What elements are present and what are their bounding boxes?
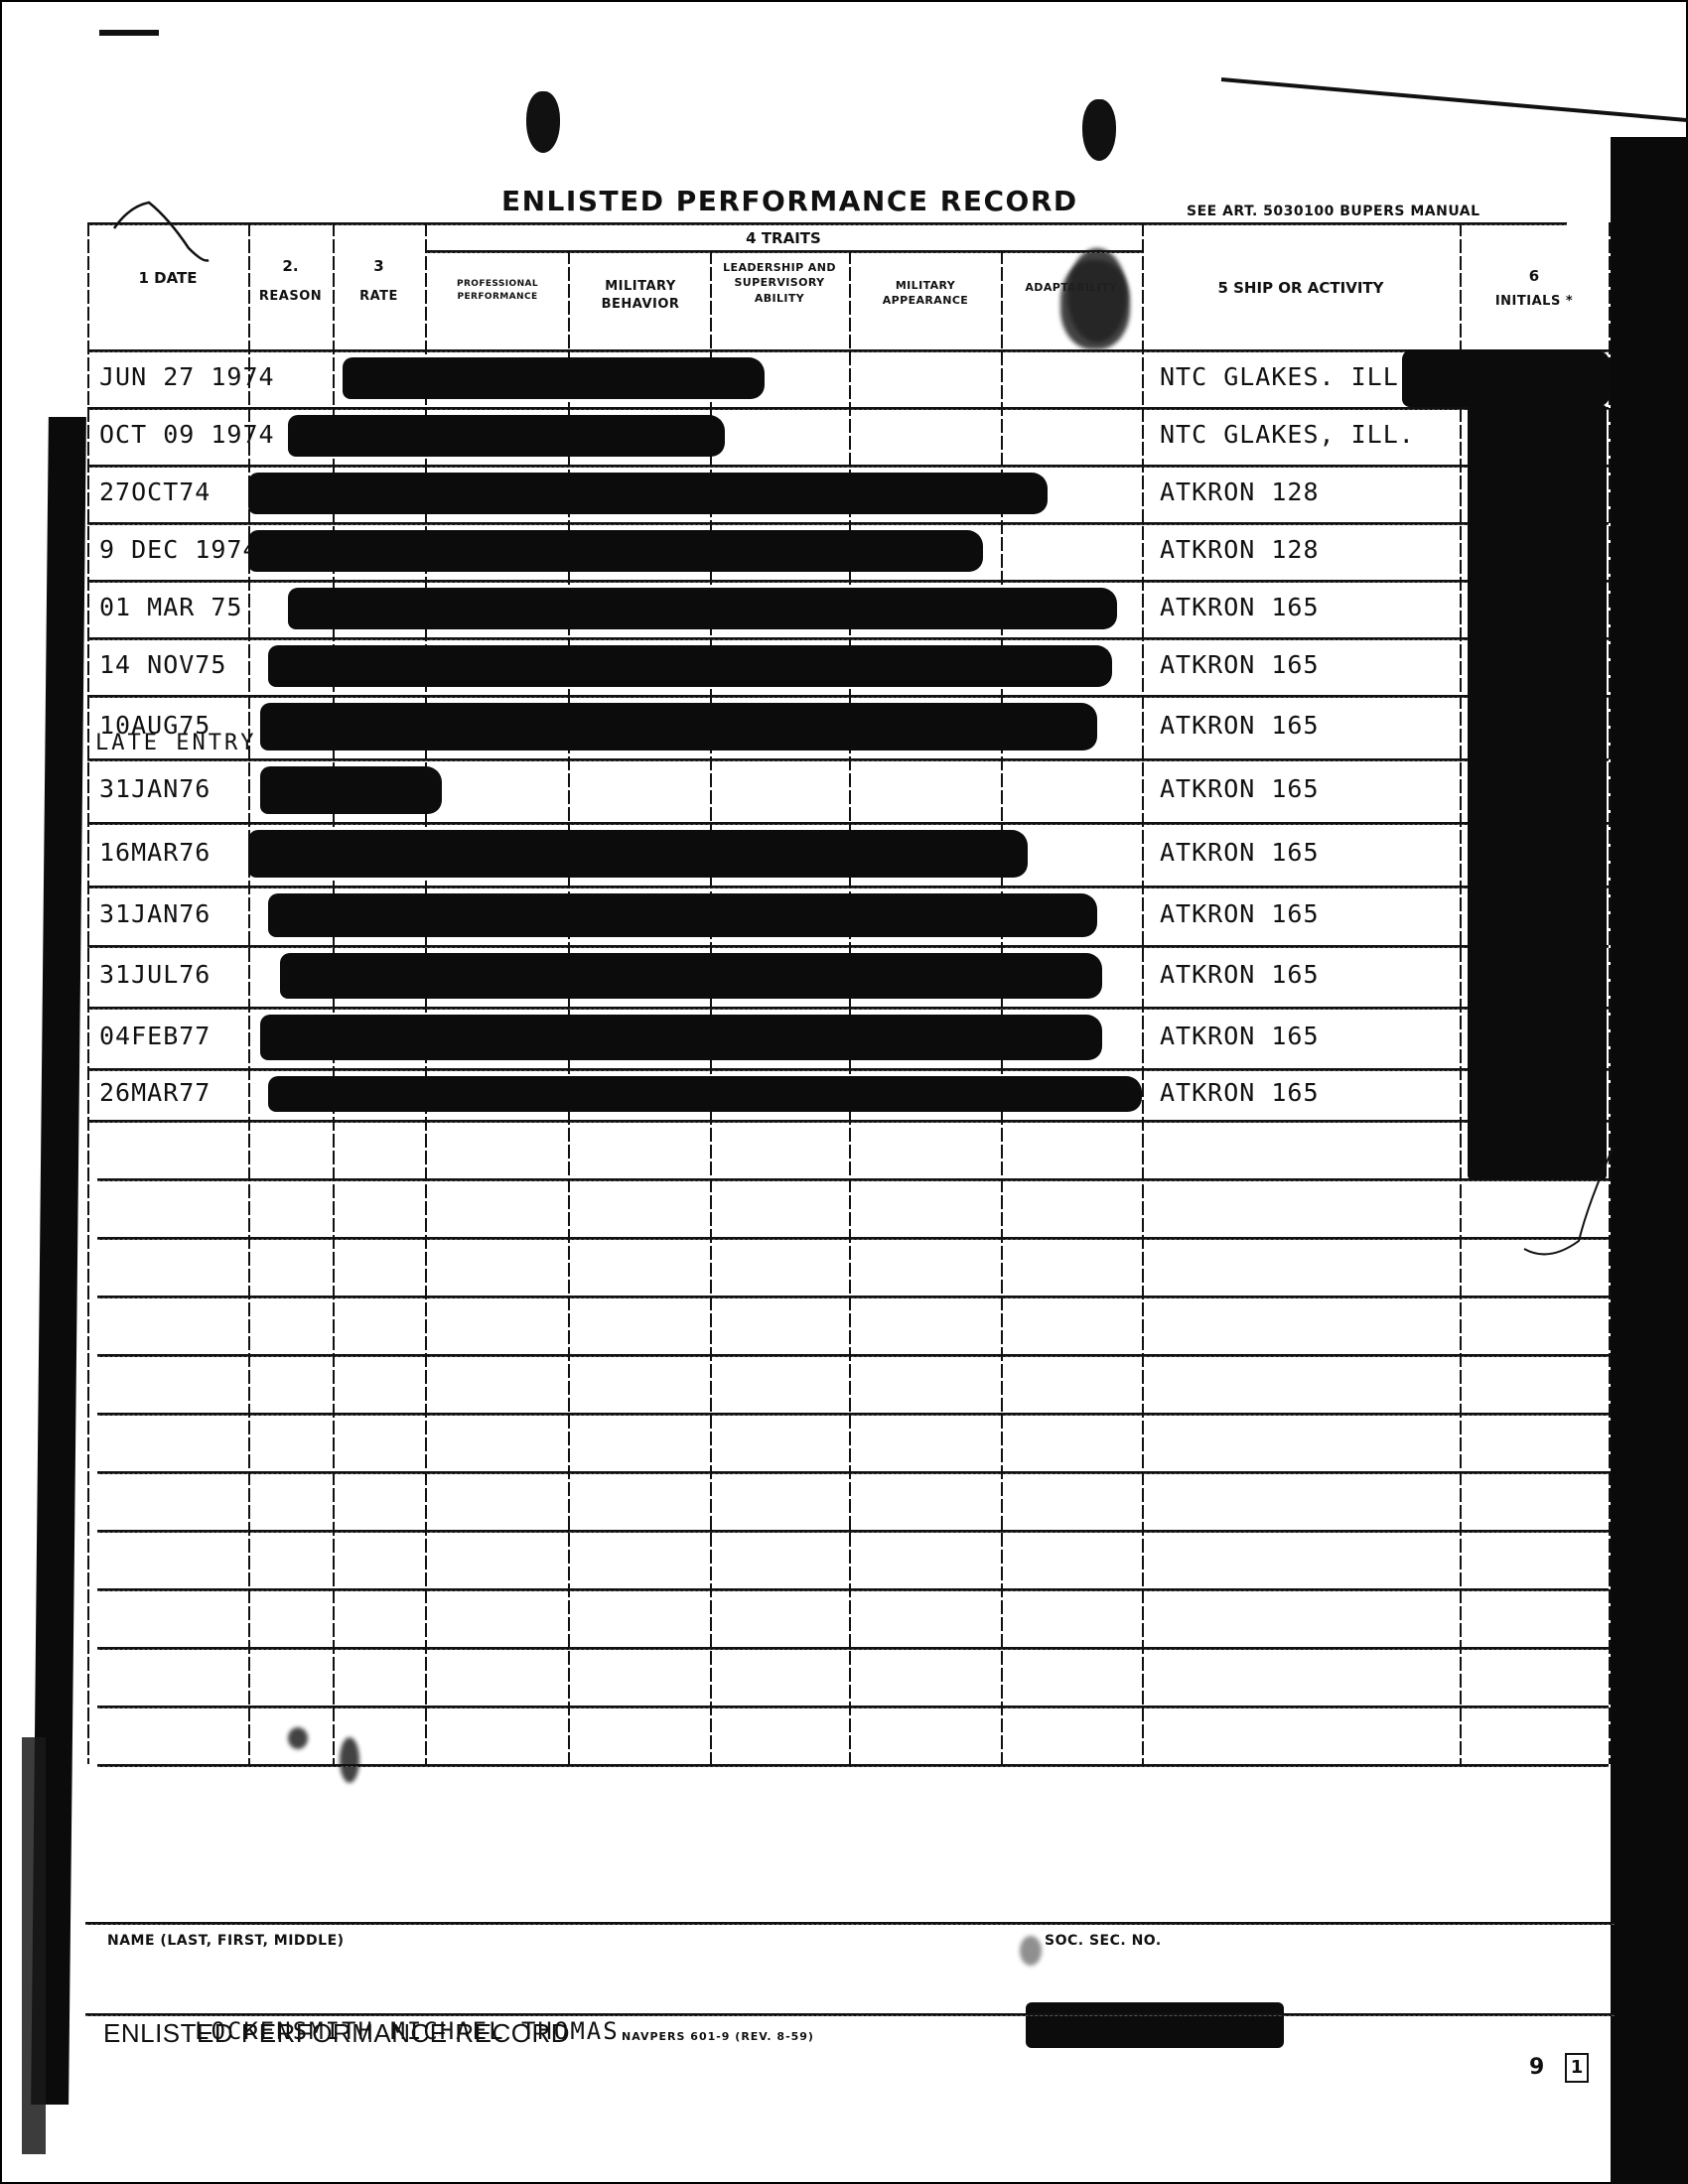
- page-number: 9: [1529, 2055, 1544, 2080]
- scan-shadow-left: [22, 1737, 46, 2154]
- header-initials: INITIALS *: [1460, 293, 1609, 311]
- redaction-bar: [248, 473, 1048, 514]
- row-divider: [87, 945, 1609, 948]
- redaction-bar: [288, 588, 1117, 629]
- redaction-bar: [280, 953, 1102, 999]
- redaction-initials: [1402, 349, 1611, 407]
- entry-ship-or-activity: ATKRON 165: [1160, 650, 1320, 679]
- redaction-bar: [268, 645, 1112, 687]
- entry-date: 9 DEC 1974: [99, 535, 259, 564]
- column-divider: [1460, 222, 1462, 1764]
- name-label: NAME (LAST, FIRST, MIDDLE): [107, 1933, 345, 1949]
- page-box: 1: [1565, 2053, 1589, 2083]
- entry-ship-or-activity: ATKRON 165: [1160, 593, 1320, 621]
- entry-ship-or-activity: ATKRON 165: [1160, 774, 1320, 803]
- row-divider: [97, 1706, 1609, 1708]
- redaction-bar: [268, 893, 1097, 937]
- entry-date: 14 NOV75: [99, 650, 226, 679]
- header-rate-num: 3: [333, 256, 425, 277]
- row-divider: [97, 1530, 1609, 1533]
- header-rate: RATE: [333, 288, 425, 306]
- row-divider: [87, 1068, 1609, 1071]
- punch-hole: [526, 91, 560, 153]
- row-divider: [425, 250, 1142, 253]
- row-divider: [87, 1007, 1609, 1010]
- footer-form-title: ENLISTED PERFORMANCE RECORD: [103, 2018, 570, 2049]
- entry-ship-or-activity: ATKRON 165: [1160, 1022, 1320, 1050]
- header-ship-or-activity: 5 SHIP OR ACTIVITY: [1142, 278, 1460, 299]
- entry-date: 31JUL76: [99, 960, 211, 989]
- row-divider: [97, 1413, 1609, 1416]
- header-reason-num: 2.: [248, 256, 333, 277]
- row-divider: [97, 1296, 1609, 1298]
- redaction-bar: [288, 415, 725, 457]
- ink-blot: [288, 1727, 308, 1749]
- entry-ship-or-activity: ATKRON 128: [1160, 535, 1320, 564]
- entry-ship-or-activity: ATKRON 128: [1160, 478, 1320, 506]
- row-divider: [87, 522, 1609, 525]
- header-military-appearance: MILITARY APPEARANCE: [856, 278, 995, 309]
- column-divider: [248, 222, 250, 1764]
- redaction-bar: [260, 1015, 1102, 1060]
- entry-date: 01 MAR 75: [99, 593, 242, 621]
- entry-date: JUN 27 1974: [99, 362, 275, 391]
- entry-date: 26MAR77: [99, 1078, 211, 1107]
- header-professional-performance: PROFESSIONAL PERFORMANCE: [433, 278, 562, 303]
- header-leadership: LEADERSHIP AND SUPERVISORY ABILITY: [715, 260, 844, 306]
- row-divider: [97, 1647, 1609, 1650]
- header-reason: REASON: [248, 288, 333, 306]
- entry-ship-or-activity: NTC GLAKES, ILL.: [1160, 420, 1415, 449]
- entry-ship-or-activity: ATKRON 165: [1160, 960, 1320, 989]
- redaction-bar: [343, 357, 765, 399]
- row-divider: [87, 222, 1567, 225]
- row-divider: [87, 407, 1609, 410]
- redaction-bar: [248, 830, 1028, 878]
- divider: [85, 1922, 1615, 1925]
- redaction-bar: [260, 703, 1097, 751]
- redaction-bar: [260, 766, 442, 814]
- row-divider: [87, 637, 1609, 640]
- divider: [85, 2013, 1615, 2016]
- entry-ship-or-activity: ATKRON 165: [1160, 899, 1320, 928]
- row-divider: [97, 1178, 1609, 1181]
- header-traits-group: 4 TRAITS: [425, 228, 1142, 249]
- scan-shadow-right: [1611, 137, 1688, 2184]
- entry-date: 31JAN76: [99, 774, 211, 803]
- column-divider: [87, 222, 89, 1764]
- entry-ship-or-activity: ATKRON 165: [1160, 711, 1320, 740]
- entry-date: 27OCT74: [99, 478, 211, 506]
- row-divider: [87, 465, 1609, 468]
- redaction-initials: [1468, 405, 1607, 1179]
- entry-date: 04FEB77: [99, 1022, 211, 1050]
- header-military-behavior: MILITARY BEHAVIOR: [576, 278, 705, 314]
- row-divider: [87, 695, 1609, 698]
- row-divider: [97, 1237, 1609, 1240]
- form-title: ENLISTED PERFORMANCE RECORD: [501, 185, 1078, 217]
- entry-date: 16MAR76: [99, 838, 211, 867]
- redaction-ssn: [1026, 2002, 1284, 2048]
- footer-form-number: NAVPERS 601-9 (REV. 8-59): [622, 2030, 814, 2043]
- ssn-label: SOC. SEC. NO.: [1045, 1933, 1162, 1949]
- row-divider: [87, 822, 1609, 825]
- ink-blot: [340, 1737, 359, 1783]
- column-divider: [1142, 222, 1144, 1764]
- row-divider: [87, 758, 1609, 761]
- entry-date: 31JAN76: [99, 899, 211, 928]
- form-reference: SEE ART. 5030100 BUPERS MANUAL: [1187, 204, 1480, 219]
- redaction-bar: [268, 1076, 1142, 1112]
- row-divider: [97, 1588, 1609, 1591]
- pen-mark: [1440, 1142, 1618, 1271]
- row-divider: [87, 349, 1609, 352]
- header-date: 1 DATE: [87, 268, 248, 289]
- row-divider: [97, 1764, 1609, 1767]
- header-initials-num: 6: [1460, 266, 1609, 287]
- entry-ship-or-activity: NTC GLAKES. ILL.: [1160, 362, 1415, 391]
- scan-artifact: [99, 30, 159, 36]
- entry-ship-or-activity: ATKRON 165: [1160, 1078, 1320, 1107]
- row-divider: [97, 1354, 1609, 1357]
- entry-date: OCT 09 1974: [99, 420, 275, 449]
- redaction-bar: [248, 530, 983, 572]
- late-entry-note: LATE ENTRY: [95, 731, 256, 755]
- entry-ship-or-activity: ATKRON 165: [1160, 838, 1320, 867]
- row-divider: [97, 1471, 1609, 1474]
- ink-blot: [1060, 260, 1130, 349]
- column-divider: [1609, 222, 1611, 1764]
- pen-mark: [109, 189, 228, 268]
- ink-blot: [1020, 1936, 1042, 1966]
- punch-hole: [1082, 99, 1116, 161]
- row-divider: [87, 1120, 1609, 1123]
- row-divider: [87, 580, 1609, 583]
- row-divider: [87, 886, 1609, 888]
